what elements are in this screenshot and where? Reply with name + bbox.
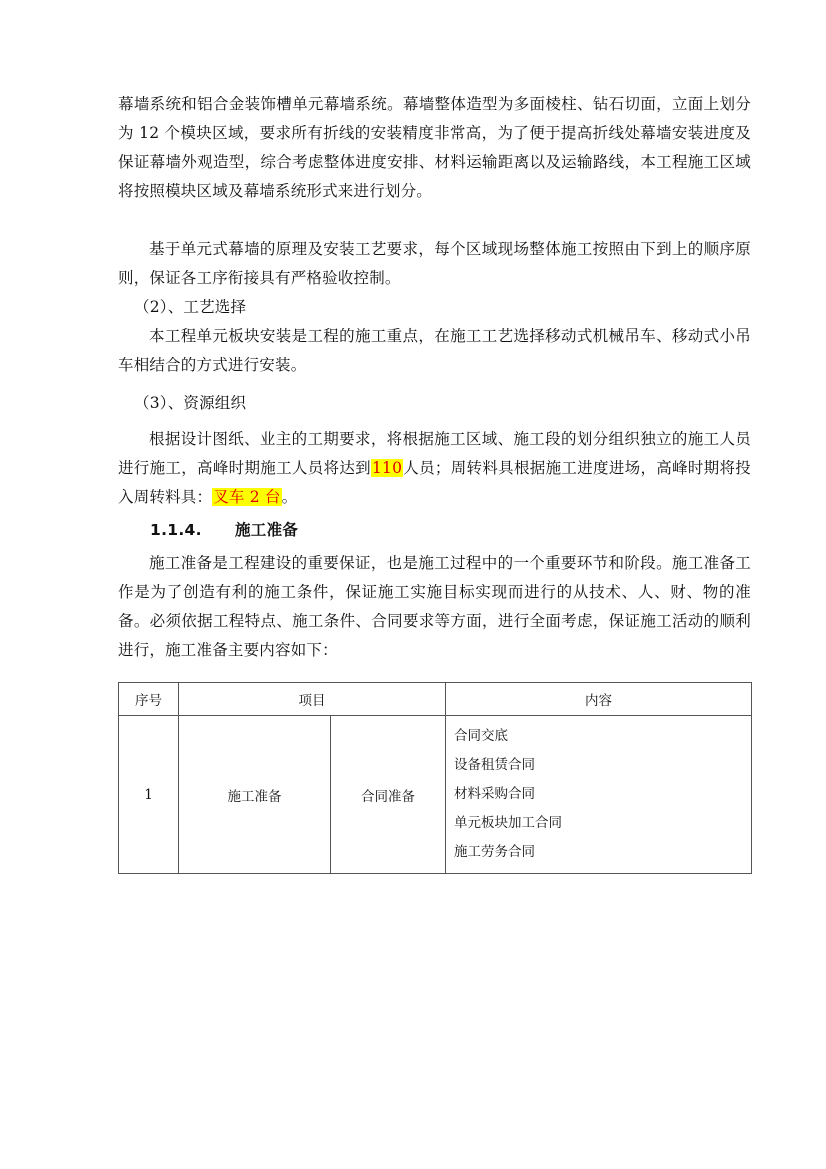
text-segment: 。	[282, 488, 298, 506]
section-heading: 1.1.4.施工准备	[150, 518, 298, 540]
highlight-forklift-count: 叉车 2 台	[212, 488, 281, 506]
table-row: 1 施工准备 合同准备 合同交底 设备租赁合同 材料采购合同 单元板块加工合同 …	[119, 716, 752, 874]
content-item: 材料采购合同	[454, 780, 751, 809]
paragraph-preparation: 施工准备是工程建设的重要保证，也是施工过程中的一个重要环节和阶段。施工准备工作是…	[118, 549, 751, 665]
header-item: 项目	[179, 683, 446, 716]
paragraph-process-selection: 本工程单元板块安装是工程的施工重点，在施工工艺选择移动式机械吊车、移动式小吊车相…	[118, 322, 751, 380]
section-title: 施工准备	[235, 521, 298, 539]
header-content: 内容	[446, 683, 752, 716]
content-item: 设备租赁合同	[454, 751, 751, 780]
cell-category: 施工准备	[179, 716, 331, 874]
content-item: 施工劳务合同	[454, 838, 751, 867]
cell-subcategory: 合同准备	[331, 716, 446, 874]
paragraph-resource-organization: 根据设计图纸、业主的工期要求，将根据施工区域、施工段的划分组织独立的施工人员进行…	[118, 425, 751, 512]
paragraph-installation-principle: 基于单元式幕墙的原理及安装工艺要求，每个区域现场整体施工按照由下到上的顺序原则，…	[118, 235, 751, 293]
document-page: 幕墙系统和铝合金装饰槽单元幕墙系统。幕墙整体造型为多面棱柱、钻石切面，立面上划分…	[0, 0, 826, 1169]
section-number: 1.1.4.	[150, 521, 235, 539]
header-index: 序号	[119, 683, 179, 716]
table-header-row: 序号 项目 内容	[119, 683, 752, 716]
cell-contents: 合同交底 设备租赁合同 材料采购合同 单元板块加工合同 施工劳务合同	[446, 716, 752, 874]
paragraph-zoning: 幕墙系统和铝合金装饰槽单元幕墙系统。幕墙整体造型为多面棱柱、钻石切面，立面上划分…	[118, 90, 751, 206]
preparation-table: 序号 项目 内容 1 施工准备 合同准备 合同交底 设备租赁合同 材料采购合同 …	[118, 682, 752, 874]
subheading-process-selection: （2）、工艺选择	[134, 293, 767, 322]
subheading-resource-organization: （3）、资源组织	[134, 389, 767, 418]
highlight-worker-count: 110	[371, 459, 403, 477]
content-item: 单元板块加工合同	[454, 809, 751, 838]
content-item: 合同交底	[454, 722, 751, 751]
cell-index: 1	[119, 716, 179, 874]
